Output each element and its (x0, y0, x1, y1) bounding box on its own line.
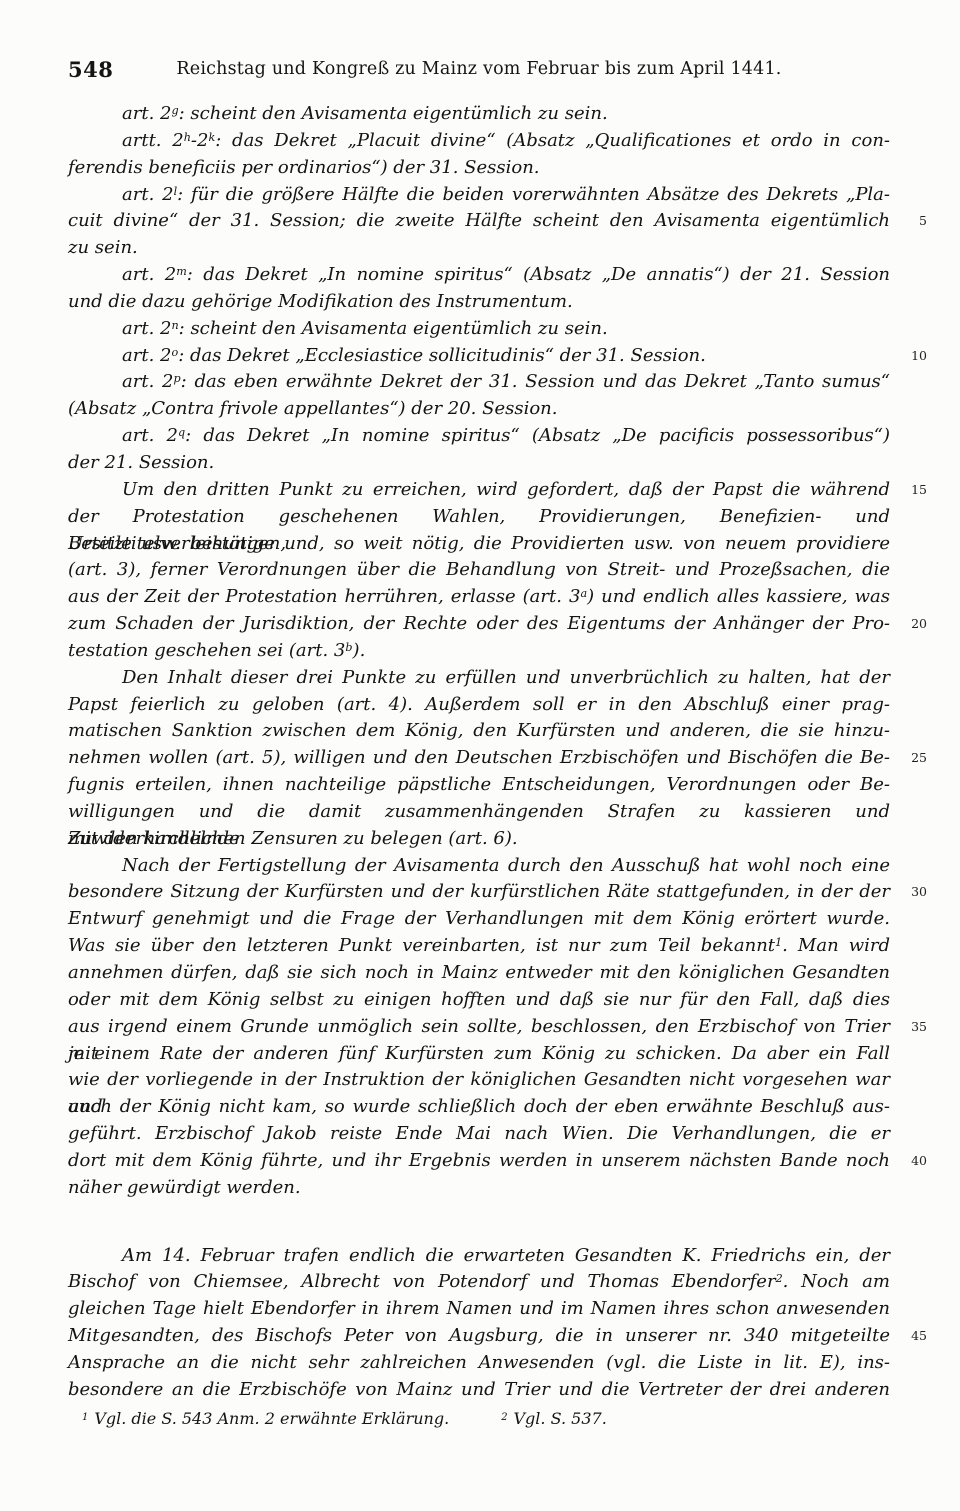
text-line: der Protestation geschehenen Wahlen, Pro… (68, 504, 890, 531)
footnote-marker: 2 (501, 1412, 507, 1423)
text-line: (art. 3), ferner Verordnungen über die B… (68, 557, 890, 584)
line-number: 15 (911, 477, 927, 504)
text-line: geführt. Erzbischof Jakob reiste Ende Ma… (68, 1121, 890, 1148)
text-line: fugnis erteilen, ihnen nachteilige päpst… (68, 772, 890, 799)
footnotes: 1Vgl. die S. 543 Anm. 2 erwähnte Erkläru… (68, 1406, 904, 1432)
superscript: h (184, 131, 191, 144)
line-number: 25 (911, 745, 927, 772)
superscript: q (178, 426, 185, 439)
text-line: besondere Sitzung der Kurfürsten und der… (68, 879, 890, 906)
text-line: nehmen wollen (art. 5), willigen und den… (68, 745, 890, 772)
superscript: l (174, 185, 178, 198)
book-page: 548 Reichstag und Kongreß zu Mainz vom F… (0, 0, 960, 1511)
line-number: 5 (919, 208, 927, 235)
text-line: auch der König nicht kam, so wurde schli… (68, 1094, 890, 1121)
text-line: matischen Sanktion zwischen dem König, d… (68, 718, 890, 745)
superscript: n (171, 319, 178, 332)
text-line: Ansprache an die nicht sehr zahlreichen … (68, 1350, 890, 1377)
text-line: annehmen dürfen, daß sie sich noch in Ma… (68, 960, 890, 987)
superscript: m (176, 265, 187, 278)
superscript: 1 (775, 936, 782, 949)
line-number: 20 (911, 611, 927, 638)
text-line: näher gewürdigt werden. (68, 1175, 890, 1202)
text-line: gleichen Tage hielt Ebendorfer in ihrem … (68, 1296, 890, 1323)
footnote-entry: 1Vgl. die S. 543 Anm. 2 erwähnte Erkläru… (82, 1409, 449, 1428)
text-line: Am 14. Februar trafen endlich die erwart… (68, 1243, 890, 1270)
text-line: der 21. Session. (68, 450, 890, 477)
text-line: Entwurf genehmigt und die Frage der Verh… (68, 906, 890, 933)
text-line: ferendis beneficiis per ordinarios“) der… (68, 155, 890, 182)
superscript: g (171, 104, 178, 117)
text-line: (Absatz „Contra frivole appellantes“) de… (68, 396, 890, 423)
text-line: art. 2l: für die größere Hälfte die beid… (68, 182, 890, 209)
text-line: Was sie über den letzteren Punkt vereinb… (68, 933, 890, 960)
line-number: 30 (911, 879, 927, 906)
text-line: testation geschehen sei (art. 3b). (68, 638, 890, 665)
text-line: Nach der Fertigstellung der Avisamenta d… (68, 853, 890, 880)
running-header: 548 Reichstag und Kongreß zu Mainz vom F… (68, 56, 890, 84)
line-number: 35 (911, 1014, 927, 1041)
body-text: art. 2g: scheint den Avisamenta eigentüm… (68, 101, 890, 1404)
superscript: 2 (776, 1272, 783, 1285)
page-number: 548 (68, 57, 113, 82)
line-number: 10 (911, 343, 927, 370)
line-number: 45 (911, 1323, 927, 1350)
text-line: je einem Rate der anderen fünf Kurfürste… (68, 1041, 890, 1068)
superscript: b (345, 641, 352, 654)
text-line: Papst feierlich zu geloben (art. 4). Auß… (68, 692, 890, 719)
footnote-marker: 1 (82, 1412, 88, 1423)
text-line: art. 2m: das Dekret „In nomine spiritus“… (68, 262, 890, 289)
text-line: cuit divine“ der 31. Session; die zweite… (68, 208, 890, 235)
footnote-entry: 2Vgl. S. 537. (501, 1409, 607, 1428)
text-line: besondere an die Erzbischöfe von Mainz u… (68, 1377, 890, 1404)
text-line: Den Inhalt dieser drei Punkte zu erfülle… (68, 665, 890, 692)
text-line: Urteile usw. bestätige und, so weit nöti… (68, 531, 890, 558)
text-line: aus irgend einem Grunde unmöglich sein s… (68, 1014, 890, 1041)
text-line: zu sein. (68, 235, 890, 262)
text-line: aus der Zeit der Protestation herrühren,… (68, 584, 890, 611)
text-line: wie der vorliegende in der Instruktion d… (68, 1067, 890, 1094)
text-line: und die dazu gehörige Modifikation des I… (68, 289, 890, 316)
superscript: a (580, 587, 587, 600)
superscript: k (208, 131, 215, 144)
text-line: mit den kirchlichen Zensuren zu belegen … (68, 826, 890, 853)
text-line: art. 2q: das Dekret „In nomine spiritus“… (68, 423, 890, 450)
text-line: artt. 2h-2k: das Dekret „Placuit divine“… (68, 128, 890, 155)
text-line: Mitgesandten, des Bischofs Peter von Aug… (68, 1323, 890, 1350)
text-line: art. 2g: scheint den Avisamenta eigentüm… (68, 101, 890, 128)
text-line: Bischof von Chiemsee, Albrecht von Poten… (68, 1269, 890, 1296)
text-line: dort mit dem König führte, und ihr Ergeb… (68, 1148, 890, 1175)
superscript: o (171, 346, 178, 359)
text-line: art. 2n: scheint den Avisamenta eigentüm… (68, 316, 890, 343)
text-line: art. 2o: das Dekret „Ecclesiastice solli… (68, 343, 890, 370)
text-line: Um den dritten Punkt zu erreichen, wird … (68, 477, 890, 504)
superscript: p (174, 372, 181, 385)
text-line: art. 2p: das eben erwähnte Dekret der 31… (68, 369, 890, 396)
text-line: willigungen und die damit zusammenhängen… (68, 799, 890, 826)
text-line: oder mit dem König selbst zu einigen hof… (68, 987, 890, 1014)
line-number: 40 (911, 1148, 927, 1175)
running-title: Reichstag und Kongreß zu Mainz vom Febru… (68, 56, 890, 79)
text-line: zum Schaden der Jurisdiktion, der Rechte… (68, 611, 890, 638)
